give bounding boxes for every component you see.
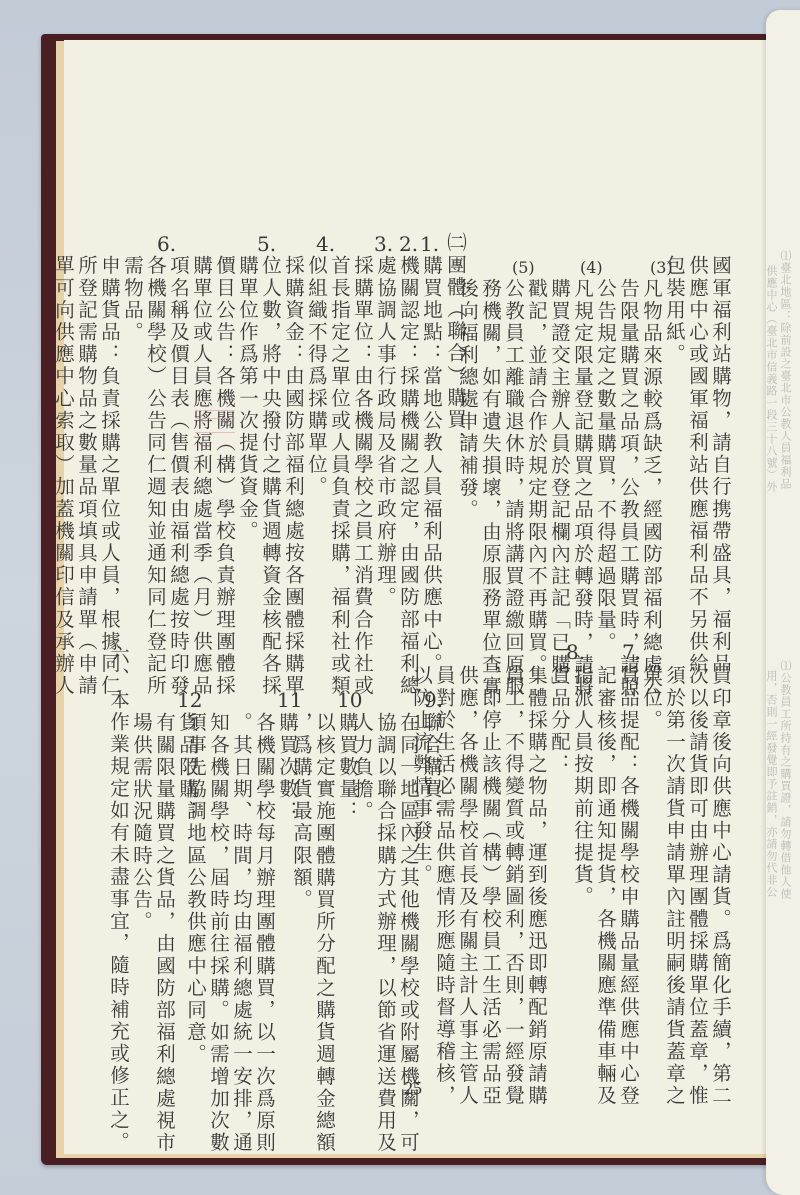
text-line: 需物品。 (121, 255, 144, 343)
red-pencil-mark (195, 432, 235, 433)
text-line: 貨品提配：各機關學校申購品量經供應中心登 (617, 665, 640, 1107)
text-line: 貨品限購： (176, 712, 199, 823)
text-line: 採購單位：由各機關學校之員工消費合作社或 (351, 255, 374, 697)
text-line: 有關限量購買之貨品，由國防部福利總處視市 (153, 712, 176, 1154)
item-label-g3: 3. (374, 232, 393, 256)
text-line: 員工，不得變質或轉銷圖利，否則，一經發覺 (502, 665, 525, 1107)
text-line: 單位。 (640, 665, 663, 731)
facing-page-ghost-bottom-1: ⑴公教員工所持有之購買證，請勿轉借他人使 (778, 660, 792, 900)
item-label-3: (3) (650, 258, 673, 277)
text-line: 位人數，將中央撥付之購貨週轉資金核配各採 (259, 255, 282, 697)
text-line: 供應，各機關學校首長及有關主計人事主管人 (456, 665, 479, 1107)
text-line: 凡規定限量登記購買之品項於轉發時，請將 (571, 278, 594, 698)
item-label-g11: 11 (277, 688, 302, 712)
item-label-5: (5) (512, 258, 535, 277)
facing-page-ghost-top-1: ⑴臺北地區：除前設之臺北市公教人員福利品 (778, 250, 792, 490)
text-line: 各機關學校）公告同仁週知並通知同仁登記所 (144, 255, 167, 697)
text-line: 指派人員按期前往提貨。 (571, 665, 594, 908)
section-6-closing-clause: 六、本作業規定如有未盡事宜，隨時補充或修正之。 (107, 645, 130, 1153)
text-line: 購買次數： (276, 712, 299, 823)
item-label-g7: 7. (622, 640, 641, 664)
text-line: 告限量購買之品項，公教員工購買時，請照 (617, 278, 640, 698)
text-line: 聯合購買： (420, 712, 443, 823)
text-line: 公告規定之數量購買，不得超過限量。 (594, 278, 617, 654)
text-line: 項名稱及價目表（售價表由福利總處按時印發 (167, 255, 190, 697)
text-line: 集體採購之物品，運到後應迅即轉配銷原請購 (525, 665, 548, 1107)
text-line: 。其日期、時間，均由福利總處統一安排，通 (230, 712, 253, 1154)
item-label-g9: 9. (424, 688, 443, 712)
item-label-g6: 6. (157, 232, 176, 256)
text-line: 戳記，並請合作於規定期限內不再購買。 (525, 278, 548, 676)
page-number: 25 (404, 1078, 422, 1099)
red-pencil-mark (195, 418, 235, 419)
text-line: 購買證交主辦人員於登記欄內註記「已購」 (548, 278, 571, 698)
text-line: 國軍福利站購物，請自行携帶盛具，福利品 (709, 255, 732, 675)
text-line: 次以後請貨即可由辦理團體採購單位蓋章，惟 (686, 665, 709, 1107)
text-line: 機關認定：採購機關之認定，由國防部福利總 (397, 255, 420, 697)
text-line: 貨品分配： (548, 665, 571, 776)
text-line: 採購資金：由國防部福利總處按各團體採購單 (282, 255, 305, 697)
text-line: 申購貨品：負責採購之單位或人員，根據同仁 (98, 255, 121, 697)
text-line: 須於第一次請貨申請單內註明嗣後請貨蓋章之 (663, 665, 686, 1107)
item-label-4: (4) (580, 258, 603, 277)
text-line: 各機關學校每月辦理團體購買，以一次爲原則 (253, 712, 276, 1154)
text-line: 供應中心或國軍福利站供應福利品不另供給 (686, 255, 709, 675)
text-line: 購買地點：當地公教人員福利品供應中心。 (420, 255, 443, 675)
text-line: 處協調人事行政局及省市政府辦理。 (374, 255, 397, 609)
text-line: 價目公告：各機關（構）學校負責辦理團體採 (213, 255, 236, 697)
item-label-g10: 10 (337, 688, 362, 712)
text-line: 凡物品來源較爲缺乏，經國防部福利總處公 (640, 278, 663, 698)
red-pencil-mark (195, 410, 235, 411)
section-heading-group-purchase: ㈡團體（聯合）購買： (444, 232, 467, 453)
text-line: 首長指定之單位或人員負責採購，福利社或類 (328, 255, 351, 697)
text-line: 所登記需購物品之數量品項填具申請單（申請 (75, 255, 98, 697)
facing-page-ghost-bottom-2: 用，否則一經發覺即予註銷，亦請勿代非公 (764, 670, 778, 898)
item-label-g1: 1. (420, 232, 439, 256)
facing-page-curl (766, 10, 800, 1195)
item-label-g12: 12 (177, 688, 202, 712)
item-label-g2: 2. (399, 232, 418, 256)
text-line: 記審核後，即通知提貨，各機關應準備車輛及 (594, 665, 617, 1107)
text-line: 場供需狀況隨時公告。 (130, 712, 153, 933)
item-label-g5: 5. (257, 232, 276, 256)
text-line: 務機關，如有遺失損壞，由原服務單位查實 (479, 278, 502, 698)
text-line: 購單位或人員應將福利總處當季（月）供應品 (190, 255, 213, 697)
text-line: 知各機關學校，屆時前往採購。如需增加次數 (207, 712, 230, 1154)
text-line: 員印章後向供應中心請貨。爲簡化手續，第二 (709, 665, 732, 1107)
text-line: 協調以聯合採購方式辦理，以節省運送費用及 (374, 712, 397, 1154)
text-line: 公教員工離職退休時，請將講買證繳回原服 (502, 278, 525, 698)
text-line: 單可向供應中心索取）加蓋機關印信及承辦人 (52, 255, 75, 697)
text-line: 似組織不得爲採購單位。 (305, 255, 328, 498)
item-label-g8: 8. (566, 640, 585, 664)
facing-page-ghost-top-2: 供應中心（臺北市信義路一段三十八號）外 (764, 265, 778, 493)
text-line: 購買數量： (336, 712, 359, 823)
item-label-g4: 4. (316, 232, 335, 256)
text-line: 以核定實施團體購買所分配之購貨週轉金總額 (313, 712, 336, 1154)
text-line: ，即停止該機關（構）學校員工生活必需品亞 (479, 665, 502, 1107)
text-line: 購單位作爲第一次提貨資金。 (236, 255, 259, 542)
